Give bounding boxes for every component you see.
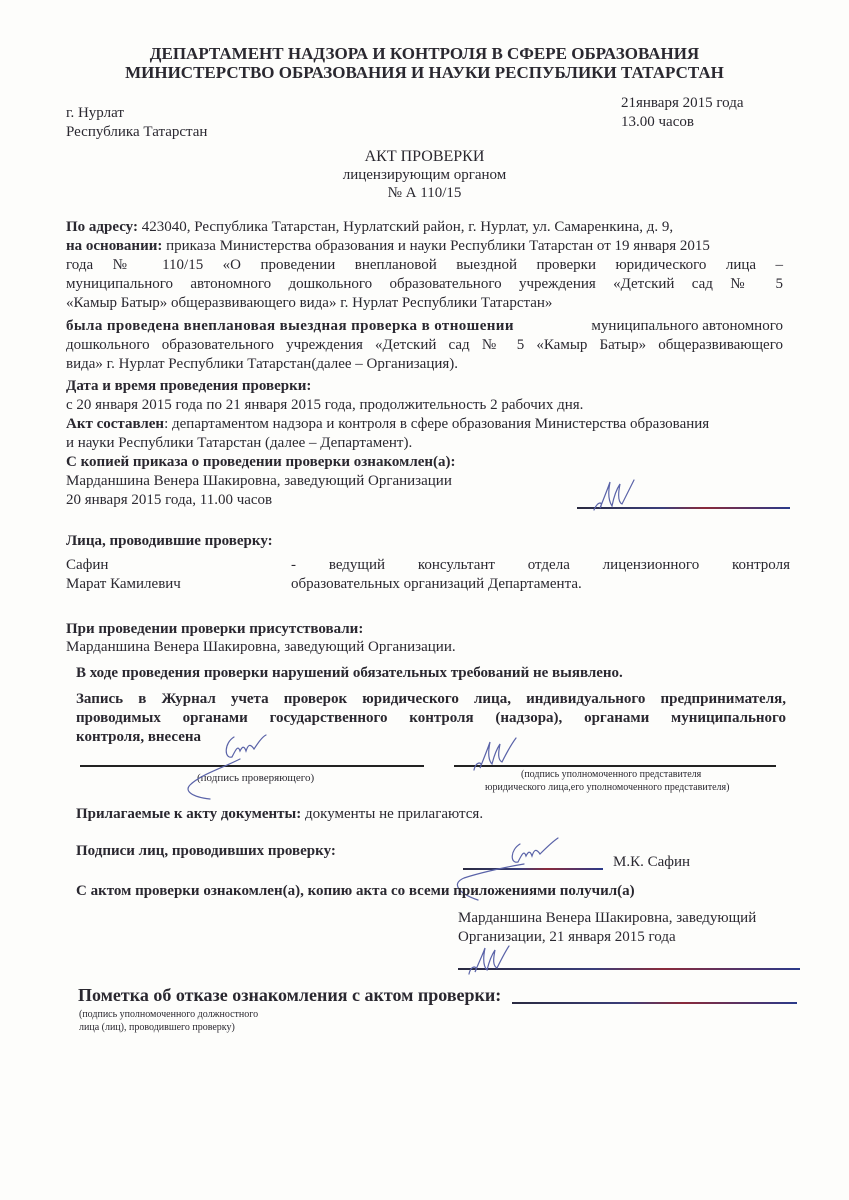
order-ack-label: С копией приказа о проведении проверки о… [66,453,456,472]
act-number: № А 110/15 [0,184,849,203]
received-person: Марданшина Венера Шакировна, заведующий [458,909,756,928]
composed-line2: и науки Республики Татарстан (далее – Де… [66,434,412,453]
act-subtitle: лицензирующим органом [0,166,849,185]
basis-line4: «Камыр Батыр» общеразвивающего вида» г. … [66,294,552,313]
order-ack-person: Марданшина Венера Шакировна, заведующий … [66,472,452,491]
inspector-name: Марат Камилевич [66,575,181,594]
act-title: АКТ ПРОВЕРКИ [0,147,849,166]
inspector-surname: Сафин [66,556,108,575]
signature-caption-rep-line2: юридического лица,его уполномоченного пр… [485,781,729,794]
basis-line2: года № 110/15 «О проведении внеплановой … [66,256,783,275]
basis-label: на основании: [66,238,162,254]
signatures-label: Подписи лиц, проводивших проверку: [76,842,336,861]
address: По адресу: 423040, Республика Татарстан,… [66,218,673,237]
journal-line2: проводимых органами государственного кон… [76,709,786,728]
composed-label: Акт составлен [66,416,164,432]
place-region: Республика Татарстан [66,123,207,142]
basis-line3: муниципального автономного дошкольного о… [66,275,783,294]
refusal-label: Пометка об отказе ознакомления с актом п… [78,984,501,1006]
department-header-line2: МИНИСТЕРСТВО ОБРАЗОВАНИЯ И НАУКИ РЕСПУБЛ… [0,63,849,83]
inspection-result: В ходе проведения проверки нарушений обя… [76,664,623,683]
present-value: Марданшина Венера Шакировна, заведующий … [66,638,456,657]
order-ack-datetime: 20 января 2015 года, 11.00 часов [66,491,272,510]
inspection-line3: вида» г. Нурлат Республики Татарстан(дал… [66,355,458,374]
attached-value: документы не прилагаются. [301,806,483,822]
inspection-line1: была проведена внеплановая выездная пров… [66,317,783,336]
department-header-line1: ДЕПАРТАМЕНТ НАДЗОРА И КОНТРОЛЯ В СФЕРЕ О… [0,44,849,64]
dates-label: Дата и время проведения проверки: [66,377,311,396]
received-label: С актом проверки ознакомлен(а), копию ак… [76,882,635,901]
attached-label: Прилагаемые к акту документы: [76,806,301,822]
signature-icon [465,944,525,984]
attached-docs: Прилагаемые к акту документы: документы … [76,805,483,824]
place-city: г. Нурлат [66,104,124,123]
inspection-label: была проведена внеплановая выездная пров… [66,317,514,336]
signature-icon [470,736,530,776]
basis-line1: на основании: приказа Министерства образ… [66,237,710,256]
refusal-caption-line2: лица (лиц), проводившего проверку) [79,1021,235,1034]
signature-icon [590,478,650,518]
inspectors-label: Лица, проводившие проверку: [66,532,273,551]
inspector-role-line1: - ведущий консультант отдела лицензионно… [291,556,790,575]
doc-time: 13.00 часов [621,113,694,132]
signature-line-refusal [512,1002,797,1004]
composed-line1: Акт составлен: департаментом надзора и к… [66,415,709,434]
doc-date: 21января 2015 года [621,94,744,113]
signature-icon [180,733,290,803]
address-label: По адресу: [66,219,138,235]
signature-inspector-name: М.К. Сафин [613,853,690,872]
signature-caption-rep-line1: (подпись уполномоченного представителя [521,768,701,781]
journal-line1: Запись в Журнал учета проверок юридическ… [76,690,786,709]
inspector-role-line2: образовательных организаций Департамента… [291,575,582,594]
dates-value: с 20 января 2015 года по 21 января 2015 … [66,396,583,415]
refusal-caption-line1: (подпись уполномоченного должностного [79,1008,258,1021]
inspection-line2: дошкольного образовательного учреждения … [66,336,783,355]
present-label: При проведении проверки присутствовали: [66,620,363,639]
address-value: 423040, Республика Татарстан, Нурлатский… [138,219,673,235]
